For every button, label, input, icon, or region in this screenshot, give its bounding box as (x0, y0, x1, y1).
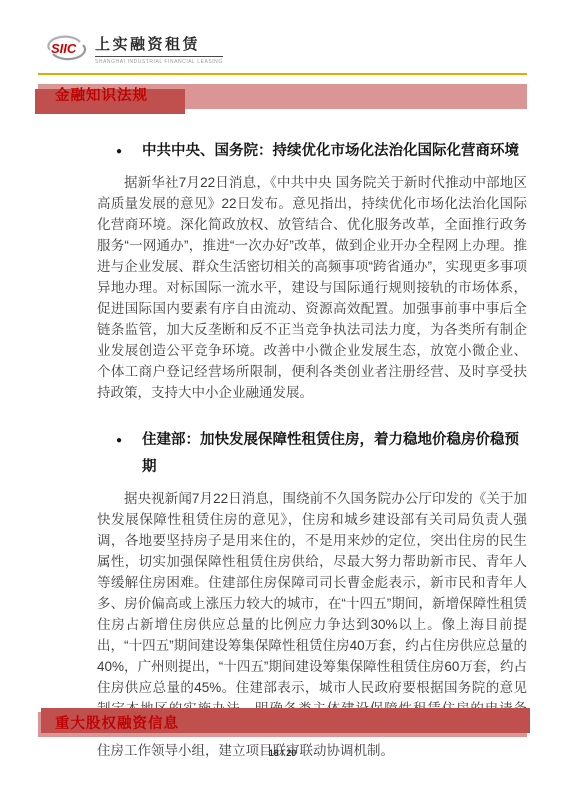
section-banner-equity-financing: 重大股权融资信息 (38, 712, 527, 737)
section-banner-title: 重大股权融资信息 (38, 712, 527, 737)
article-heading: ● 住建部：加快发展保障性租赁住房，着力稳地价稳房价稳预期 (97, 427, 527, 481)
gold-divider-line (38, 73, 527, 75)
bullet-icon: ● (116, 138, 142, 165)
article-heading-text: 住建部：加快发展保障性租赁住房，着力稳地价稳房价稳预期 (142, 427, 527, 481)
article-body-text: 据新华社7月22日消息，《中共中央 国务院关于新时代推动中部地区高质量发展的意见… (97, 172, 527, 403)
article-state-council: ● 中共中央、国务院：持续优化市场化法治化国际化营商环境 据新华社7月22日消息… (38, 138, 527, 403)
section-banner-finance-laws: 金融知识法规 (38, 84, 527, 109)
bullet-icon: ● (116, 427, 142, 481)
document-page: SIIC 上实融资租赁 SHANGHAI INDUSTRIAL FINANCIA… (0, 0, 565, 800)
logo-company-name-cn: 上实融资租赁 (95, 33, 223, 57)
company-logo: SIIC 上实融资租赁 SHANGHAI INDUSTRIAL FINANCIA… (38, 0, 527, 66)
section-banner-title: 金融知识法规 (38, 84, 527, 109)
logo-company-name-en: SHANGHAI INDUSTRIAL FINANCIAL LEASING (95, 59, 223, 65)
svg-text:SIIC: SIIC (51, 41, 77, 56)
article-heading-text: 中共中央、国务院：持续优化市场化法治化国际化营商环境 (142, 138, 527, 165)
siic-logo-icon: SIIC (43, 33, 89, 66)
page-number: 18 / 20 (0, 748, 565, 758)
logo-text-block: 上实融资租赁 SHANGHAI INDUSTRIAL FINANCIAL LEA… (95, 33, 223, 65)
article-heading: ● 中共中央、国务院：持续优化市场化法治化国际化营商环境 (97, 138, 527, 165)
